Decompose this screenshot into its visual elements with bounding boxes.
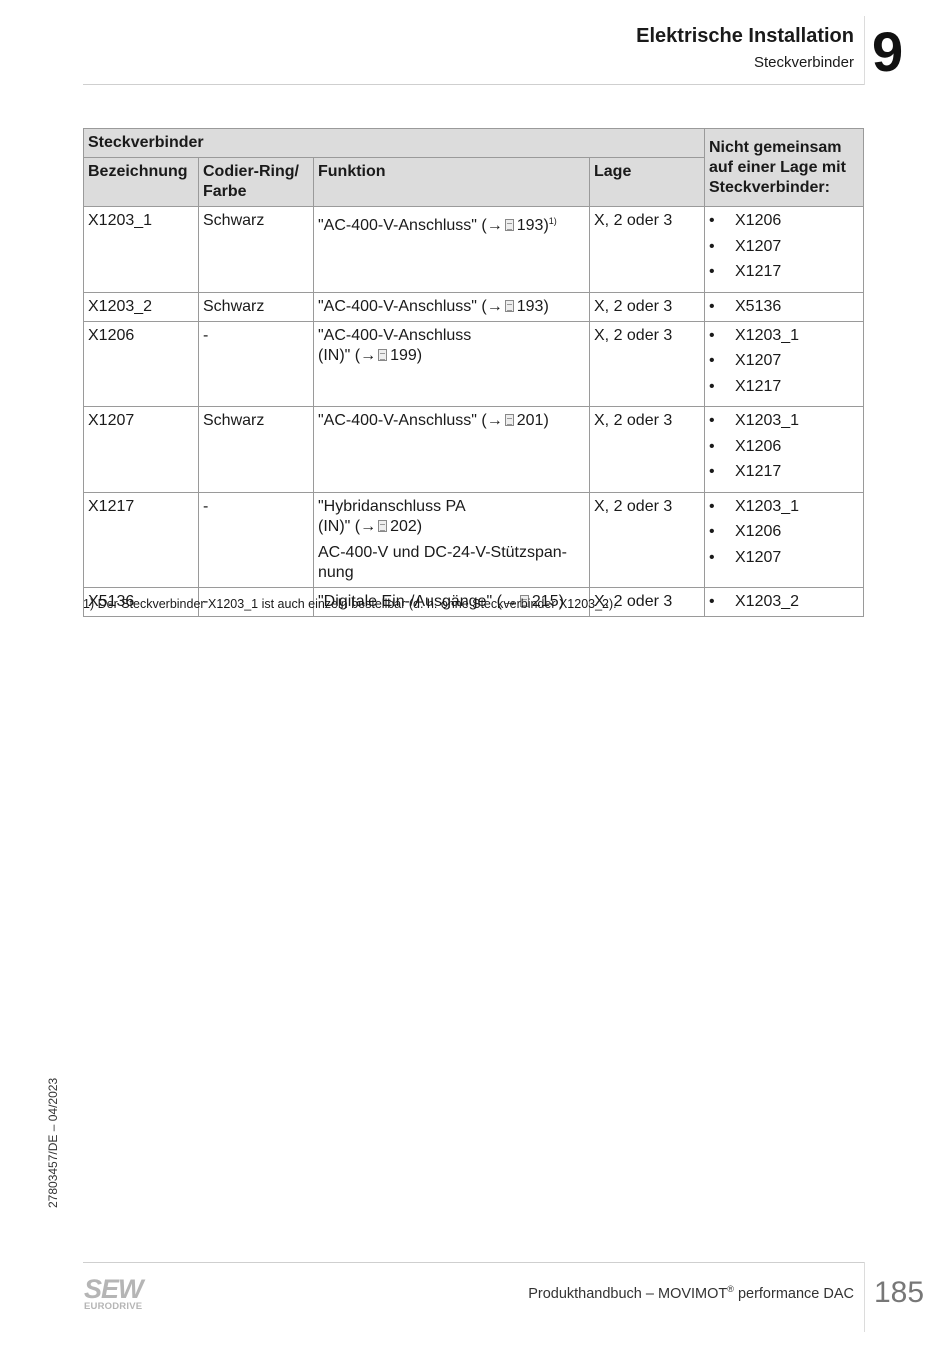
group-header: Steckverbinder bbox=[84, 129, 705, 158]
not-together-cell: X1203_2 bbox=[705, 587, 864, 616]
not-together-cell: X1203_1 X1206 X1217 bbox=[705, 407, 864, 493]
page-reference-link[interactable]: 199) bbox=[390, 347, 422, 364]
list-item: X1203_1 bbox=[709, 326, 859, 352]
chapter-number: 9 bbox=[872, 22, 903, 82]
connector-list: X1203_1 X1206 X1217 bbox=[709, 411, 859, 488]
page-reference-icon bbox=[505, 219, 514, 231]
function-text: "Hybridanschluss PA bbox=[318, 498, 466, 515]
position-cell: X, 2 oder 3 bbox=[590, 321, 705, 407]
document-title: Produkthandbuch – MOVIMOT® performance D… bbox=[528, 1284, 854, 1302]
header-designation: Bezeichnung bbox=[84, 158, 199, 207]
chapter-title: Elektrische Installation bbox=[636, 25, 854, 48]
function-text: (IN)" (→ bbox=[318, 347, 376, 364]
page-reference-link[interactable]: 193) bbox=[517, 217, 549, 234]
list-item: X1207 bbox=[709, 237, 859, 263]
header-not-together: Nicht gemeinsam auf einer Lage mit Steck… bbox=[705, 129, 864, 207]
coding-cell: - bbox=[199, 492, 314, 587]
list-item: X5136 bbox=[709, 297, 859, 317]
table-row: X1206 - "AC-400-V-Anschluss(IN)" (→199) … bbox=[84, 321, 864, 407]
function-text: (IN)" (→ bbox=[318, 518, 376, 535]
not-together-cell: X1203_1 X1206 X1207 bbox=[705, 492, 864, 587]
header-rule bbox=[83, 84, 864, 85]
list-item: X1203_1 bbox=[709, 497, 859, 523]
connector-list: X1203_1 X1206 X1207 bbox=[709, 497, 859, 574]
list-item: X1206 bbox=[709, 437, 859, 463]
function-note: AC-400-V und DC-24-V-Stützspan-nung bbox=[318, 543, 568, 583]
coding-cell: Schwarz bbox=[199, 207, 314, 293]
table-row: X1203_1 Schwarz "AC-400-V-Anschluss" (→1… bbox=[84, 207, 864, 293]
not-together-cell: X1206 X1207 X1217 bbox=[705, 207, 864, 293]
page-reference-icon bbox=[505, 414, 514, 426]
connector-list: X1203_2 bbox=[709, 592, 859, 612]
page-number: 185 bbox=[874, 1276, 924, 1310]
designation-cell: X1217 bbox=[84, 492, 199, 587]
footnote-marker: 1) bbox=[549, 216, 557, 226]
list-item: X1207 bbox=[709, 548, 859, 574]
doc-title-post: performance DAC bbox=[734, 1286, 854, 1302]
table-header-row: Steckverbinder Nicht gemeinsam auf einer… bbox=[84, 129, 864, 158]
logo-top: SEW bbox=[84, 1276, 143, 1303]
function-text: "AC-400-V-Anschluss" (→ bbox=[318, 298, 503, 315]
table-row: X1207 Schwarz "AC-400-V-Anschluss" (→201… bbox=[84, 407, 864, 493]
position-cell: X, 2 oder 3 bbox=[590, 207, 705, 293]
coding-cell: Schwarz bbox=[199, 407, 314, 493]
coding-cell: Schwarz bbox=[199, 292, 314, 321]
position-cell: X, 2 oder 3 bbox=[590, 407, 705, 493]
header-divider bbox=[864, 16, 865, 85]
list-item: X1217 bbox=[709, 262, 859, 288]
footer-rule bbox=[83, 1262, 864, 1263]
connector-list: X1206 X1207 X1217 bbox=[709, 211, 859, 288]
connector-list: X1203_1 X1207 X1217 bbox=[709, 326, 859, 403]
function-cell: "AC-400-V-Anschluss" (→193) bbox=[314, 292, 590, 321]
section-title: Steckverbinder bbox=[754, 54, 854, 71]
list-item: X1206 bbox=[709, 211, 859, 237]
table-footnote: 1) Der Steckverbinder X1203_1 ist auch e… bbox=[83, 597, 617, 611]
function-cell: "Hybridanschluss PA(IN)" (→202)AC-400-V … bbox=[314, 492, 590, 587]
page-reference-icon bbox=[505, 300, 514, 312]
position-cell: X, 2 oder 3 bbox=[590, 292, 705, 321]
designation-cell: X1203_2 bbox=[84, 292, 199, 321]
page-reference-link[interactable]: 202) bbox=[390, 518, 422, 535]
doc-title-pre: Produkthandbuch – MOVIMOT bbox=[528, 1286, 727, 1302]
logo-bottom: EURODRIVE bbox=[84, 1302, 143, 1312]
page-reference-icon bbox=[378, 349, 387, 361]
designation-cell: X1207 bbox=[84, 407, 199, 493]
header-position: Lage bbox=[590, 158, 705, 207]
table-row: X1217 - "Hybridanschluss PA(IN)" (→202)A… bbox=[84, 492, 864, 587]
not-together-cell: X1203_1 X1207 X1217 bbox=[705, 321, 864, 407]
function-text: "AC-400-V-Anschluss" (→ bbox=[318, 412, 503, 429]
designation-cell: X1206 bbox=[84, 321, 199, 407]
list-item: X1217 bbox=[709, 462, 859, 488]
coding-cell: - bbox=[199, 321, 314, 407]
designation-cell: X1203_1 bbox=[84, 207, 199, 293]
page-reference-icon bbox=[378, 520, 387, 532]
page-reference-link[interactable]: 201) bbox=[517, 412, 549, 429]
function-cell: "AC-400-V-Anschluss" (→201) bbox=[314, 407, 590, 493]
list-item: X1203_1 bbox=[709, 411, 859, 437]
list-item: X1206 bbox=[709, 522, 859, 548]
table-row: X1203_2 Schwarz "AC-400-V-Anschluss" (→1… bbox=[84, 292, 864, 321]
registered-mark: ® bbox=[727, 1284, 734, 1294]
connector-list: X5136 bbox=[709, 297, 859, 317]
sew-eurodrive-logo: SEW EURODRIVE bbox=[84, 1276, 143, 1312]
connector-table: Steckverbinder Nicht gemeinsam auf einer… bbox=[83, 128, 864, 617]
position-cell: X, 2 oder 3 bbox=[590, 492, 705, 587]
function-text: "AC-400-V-Anschluss bbox=[318, 327, 471, 344]
document-id: 27803457/DE – 04/2023 bbox=[46, 1078, 60, 1208]
list-item: X1207 bbox=[709, 351, 859, 377]
list-item: X1203_2 bbox=[709, 592, 859, 612]
not-together-cell: X5136 bbox=[705, 292, 864, 321]
function-text: "AC-400-V-Anschluss" (→ bbox=[318, 217, 503, 234]
footer-divider bbox=[864, 1262, 865, 1332]
list-item: X1217 bbox=[709, 377, 859, 403]
function-cell: "AC-400-V-Anschluss(IN)" (→199) bbox=[314, 321, 590, 407]
header-coding: Codier-Ring/ Farbe bbox=[199, 158, 314, 207]
header-function: Funktion bbox=[314, 158, 590, 207]
function-cell: "AC-400-V-Anschluss" (→193)1) bbox=[314, 207, 590, 293]
page-reference-link[interactable]: 193) bbox=[517, 298, 549, 315]
